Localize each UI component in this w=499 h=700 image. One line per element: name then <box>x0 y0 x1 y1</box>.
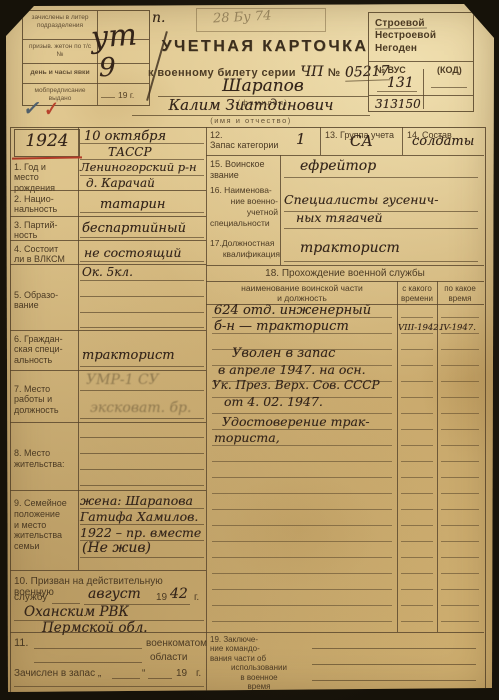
year-suffix: г. <box>194 592 199 603</box>
family-handwritten: Гатифа Хамилов. <box>80 509 198 524</box>
vus-code-label: (КОД) <box>437 65 462 75</box>
workplace-pencil: УМР-1 СУ <box>86 372 159 388</box>
registration-card: зачислены в литер подразделения призыв. … <box>0 0 499 700</box>
sec18-col1-header: наименование воинской частии должность <box>210 284 394 304</box>
item7-label: 7. Местоработы идолжность <box>14 384 76 415</box>
dispatch-row-label: зачислены в литер подразделения <box>25 14 95 30</box>
sec18-title: 18. Прохождение военной службы <box>206 268 484 279</box>
paper-stain <box>420 300 499 460</box>
item11-line3: Зачислен в запас „ <box>14 668 101 679</box>
fitness-box: Строевой Нестроевой Негоден № ВУС (КОД) … <box>368 12 474 112</box>
service-entry-handwritten: 624 отд. инженерный <box>214 303 371 318</box>
item11-num: 11. <box>14 637 28 649</box>
certificate-handwritten: ториста, <box>214 430 280 445</box>
item2-label: 2. Нацио-нальность <box>14 194 76 215</box>
draft-month-handwritten: август <box>88 586 141 602</box>
handwritten-mark: ут <box>90 17 138 55</box>
photo-background: { "header": { "dispatch": { "rows": ["за… <box>0 0 499 700</box>
item11-year: 19 <box>176 668 187 679</box>
item4-label: 4. Состоитли в ВЛКСМ <box>14 244 76 265</box>
checkmark-red-icon: ✓ <box>44 98 59 122</box>
item11-year-suffix: г. <box>196 668 201 679</box>
item5-label: 5. Образо-вание <box>14 290 76 311</box>
paper-stain <box>60 60 180 140</box>
discharge-handwritten: в апреле 1947. на осн. <box>218 362 366 377</box>
surname-line: Шарапов <box>158 76 368 97</box>
left-label-divider <box>78 127 79 570</box>
item17-label: 17.Должностнаяквалификация <box>210 238 280 260</box>
draft-oblast-handwritten: Пермской обл. <box>42 620 148 636</box>
discharge-handwritten: от 4. 02. 1947. <box>224 394 323 409</box>
item9-label: 9. Семейноеположениеи местожительствасем… <box>14 498 76 552</box>
workplace-pencil: эксковат. бр. <box>90 400 191 416</box>
vus-code-handwritten: 313150 <box>375 97 421 111</box>
sec19-label: 19. Заключе-ние командо-вания части обис… <box>210 635 308 692</box>
item11-word2: области <box>150 652 187 663</box>
service-entry-handwritten: б-н — тракторист <box>214 319 349 334</box>
nationality-handwritten: татарин <box>100 197 165 212</box>
family-handwritten: 1922 – пр. вместе <box>80 525 201 540</box>
birth-region-handwritten: ТАССР <box>108 145 152 159</box>
discharge-handwritten: Уволен в запас <box>232 346 335 361</box>
family-handwritten: жена: Шарапова <box>80 493 193 508</box>
item3-label: 3. Партий-ность <box>14 220 76 241</box>
item16-label: 16. Наименова-ние военно-учетнойспециаль… <box>210 185 278 229</box>
certificate-handwritten: Удостоверение трак- <box>222 414 370 429</box>
reserve-category-handwritten: 1 <box>296 130 306 148</box>
education-handwritten: Ок. 5кл. <box>82 265 133 279</box>
item8-label: 8. Местожительства: <box>14 448 76 470</box>
paper-stain <box>220 470 380 590</box>
surname-handwritten: Шарапов <box>222 76 304 96</box>
military-specialty-handwritten: Специалисты гусенич- <box>284 192 439 207</box>
handwritten-mark: п. <box>152 10 165 26</box>
card-title: УЧЕТНАЯ КАРТОЧКА <box>140 38 390 56</box>
main-divider <box>206 127 207 692</box>
item1-label: 1. Год иместорождения <box>14 162 76 193</box>
vus-label: № ВУС <box>375 65 406 75</box>
item12-label: Запас категории <box>210 140 278 150</box>
account-group-handwritten: СА <box>350 132 373 150</box>
military-specialty-handwritten: ных тягачей <box>296 210 383 225</box>
vlksm-handwritten: не состоящий <box>84 245 181 260</box>
item11-word1: военкоматом <box>146 638 207 649</box>
discharge-handwritten: Ук. През. Верх. Сов. СССР <box>212 378 380 392</box>
civil-specialty-handwritten: тракторист <box>82 348 175 363</box>
item11-quote-close: “ <box>142 668 145 679</box>
qualification-handwritten: тракторист <box>300 240 400 256</box>
birth-village-handwritten: д. Карачай <box>86 176 155 190</box>
name-handwritten: Калим Зиатдинович <box>169 96 334 114</box>
family-handwritten: (Не жив) <box>82 540 151 556</box>
draft-rvk-handwritten: Оханским РВК <box>24 604 129 620</box>
item15-label: 15. Воинскоезвание <box>210 159 276 181</box>
item10-label2: службу <box>14 592 47 603</box>
composition-handwritten: солдаты <box>412 134 474 149</box>
fitness-option: Нестроевой <box>375 30 436 41</box>
vus-number-handwritten: 131 <box>387 75 414 91</box>
dispatch-row-label: призыв. жетон по т/с № <box>25 43 95 59</box>
rank-handwritten: ефрейтор <box>300 158 376 174</box>
printed-year-19: 19 <box>156 592 167 603</box>
birth-district-handwritten: Лениногорский р-н <box>80 160 197 174</box>
item12-num: 12. <box>210 130 223 140</box>
pencil-note-box: 28 Бу 74 <box>196 8 326 32</box>
draft-year-handwritten: 42 <box>170 586 188 602</box>
party-handwritten: беспартийный <box>82 221 186 236</box>
pencil-note: 28 Бу 74 <box>213 8 272 26</box>
item6-label: 6. Граждан-ская специ-альность <box>14 334 76 365</box>
fitness-option: Негоден <box>375 43 417 54</box>
